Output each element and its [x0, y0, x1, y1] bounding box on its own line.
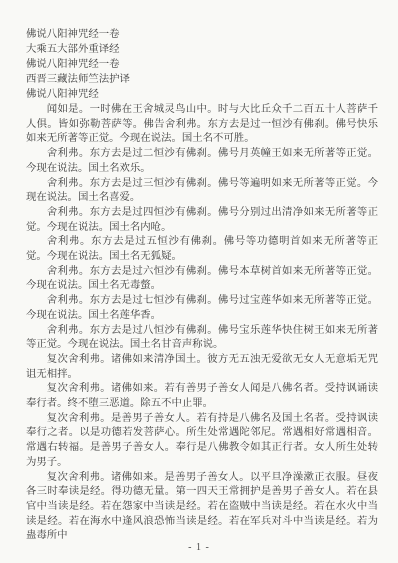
sutra-paragraph: 舍利弗。东方去是过二恒沙有佛刹。佛号月英幢王如来无所著等正觉。今现在说法。国土名… — [26, 147, 378, 176]
document-page: 佛说八阳神咒经一卷大乘五大部外重译经佛说八阳神咒经一卷西晋三藏法师竺法护译佛说八… — [0, 0, 398, 563]
sutra-paragraph: 复次舍利弗。诸佛如来。若有善男子善女人闻是八佛名者。受持讽诵读奉行者。终不堕三恶… — [26, 382, 378, 411]
sutra-paragraph: 舍利弗。东方去是过四恒沙有佛刹。佛号分别过出清净如来无所著等正觉。今现在说法。国… — [26, 206, 378, 235]
sutra-paragraph: 复次舍利弗。诸佛如来清净国土。彼方无五浊无爱欲无女人无意垢无咒诅无相拌。 — [26, 353, 378, 382]
sutra-body: 闻如是。一时佛在王舍城灵鸟山中。时与大比丘众千二百五十人菩萨千人俱。皆如弥勒菩萨… — [26, 103, 378, 544]
header-line: 大乘五大部外重译经 — [26, 42, 378, 57]
header-line: 佛说八阳神咒经 — [26, 87, 378, 102]
sutra-paragraph: 舍利弗。东方去是过六恒沙有佛刹。佛号本草树首如来无所著等正觉。今现在说法。国土名… — [26, 265, 378, 294]
sutra-paragraph: 舍利弗。东方去是过三恒沙有佛刹。佛号等遍明如来无所著等正觉。今现在说法。国土名喜… — [26, 177, 378, 206]
page-number: - 1 - — [0, 540, 398, 555]
header-line: 西晋三藏法师竺法护译 — [26, 72, 378, 87]
sutra-paragraph: 闻如是。一时佛在王舍城灵鸟山中。时与大比丘众千二百五十人菩萨千人俱。皆如弥勒菩萨… — [26, 103, 378, 147]
sutra-paragraph: 复次舍利弗。诸佛如来。是善男子善女人。以平旦净澡漱正衣服。昼夜各三时奉读是经。得… — [26, 471, 378, 545]
sutra-header: 佛说八阳神咒经一卷大乘五大部外重译经佛说八阳神咒经一卷西晋三藏法师竺法护译佛说八… — [26, 27, 378, 102]
sutra-paragraph: 舍利弗。东方去是过七恒沙有佛刹。佛号过宝莲华如来无所著等正觉。今现在说法。国土名… — [26, 294, 378, 323]
sutra-paragraph: 舍利弗。东方去是过八恒沙有佛刹。佛号宝乐莲华快住树王如来无所著等正觉。今现在说法… — [26, 324, 378, 353]
header-line: 佛说八阳神咒经一卷 — [26, 27, 378, 42]
sutra-paragraph: 复次舍利弗。是善男子善女人。若有持是八佛名及国土名者。受持讽读奉行之者。以是功德… — [26, 412, 378, 471]
header-line: 佛说八阳神咒经一卷 — [26, 57, 378, 72]
sutra-paragraph: 舍利弗。东方去是过五恒沙有佛刹。佛号等功德明首如来无所著等正觉。今现在说法。国土… — [26, 235, 378, 264]
